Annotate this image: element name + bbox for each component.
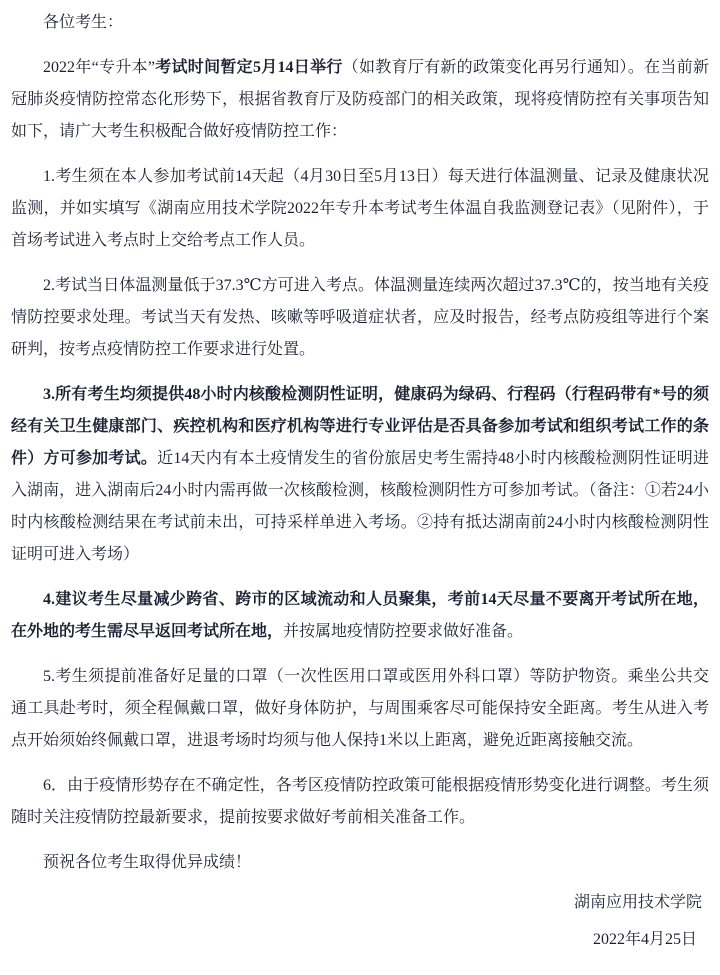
notice-paragraph: 6．由于疫情形势存在不确定性，各考区疫情防控政策可能根据疫情形势变化进行调整。考… bbox=[11, 770, 709, 834]
date-line: 2022年4月25日 bbox=[11, 924, 709, 956]
salutation: 各位考生： bbox=[11, 7, 709, 39]
body-text: 1.考生须在本人参加考试前14天起（4月30日至5月13日）每天进行体温测量、记… bbox=[11, 168, 709, 249]
body-text: 2.考试当日体温测量低于37.3℃方可进入考点。体温测量连续两次超过37.3℃的… bbox=[11, 277, 709, 358]
body-text: 2022年“专升本” bbox=[43, 59, 155, 76]
notice-body: 2022年“专升本”考试时间暂定5月14日举行（如教育厅有新的政策变化再另行通知… bbox=[11, 52, 709, 834]
closing-line: 预祝各位考生取得优异成绩！ bbox=[11, 847, 709, 879]
notice-paragraph: 1.考生须在本人参加考试前14天起（4月30日至5月13日）每天进行体温测量、记… bbox=[11, 161, 709, 257]
notice-paragraph: 2.考试当日体温测量低于37.3℃方可进入考点。体温测量连续两次超过37.3℃的… bbox=[11, 270, 709, 366]
notice-paragraph: 2022年“专升本”考试时间暂定5月14日举行（如教育厅有新的政策变化再另行通知… bbox=[11, 52, 709, 148]
emphasis-text: 考试时间暂定5月14日举行 bbox=[155, 59, 343, 76]
notice-paragraph: 3.所有考生均须提供48小时内核酸检测阴性证明，健康码为绿码、行程码（行程码带有… bbox=[11, 379, 709, 571]
notice-paragraph: 5.考生须提前准备好足量的口罩（一次性医用口罩或医用外科口罩）等防护物资。乘坐公… bbox=[11, 661, 709, 757]
body-text: 5.考生须提前准备好足量的口罩（一次性医用口罩或医用外科口罩）等防护物资。乘坐公… bbox=[11, 668, 709, 749]
signature: 湖南应用技术学院 bbox=[11, 887, 709, 919]
notice-document: 各位考生： 2022年“专升本”考试时间暂定5月14日举行（如教育厅有新的政策变… bbox=[0, 0, 720, 975]
notice-paragraph: 4.建议考生尽量减少跨省、跨市的区域流动和人员聚集，考前14天尽量不要离开考试所… bbox=[11, 584, 709, 648]
body-text: 并按属地疫情防控要求做好准备。 bbox=[283, 623, 523, 640]
body-text: 6．由于疫情形势存在不确定性，各考区疫情防控政策可能根据疫情形势变化进行调整。考… bbox=[11, 777, 709, 826]
